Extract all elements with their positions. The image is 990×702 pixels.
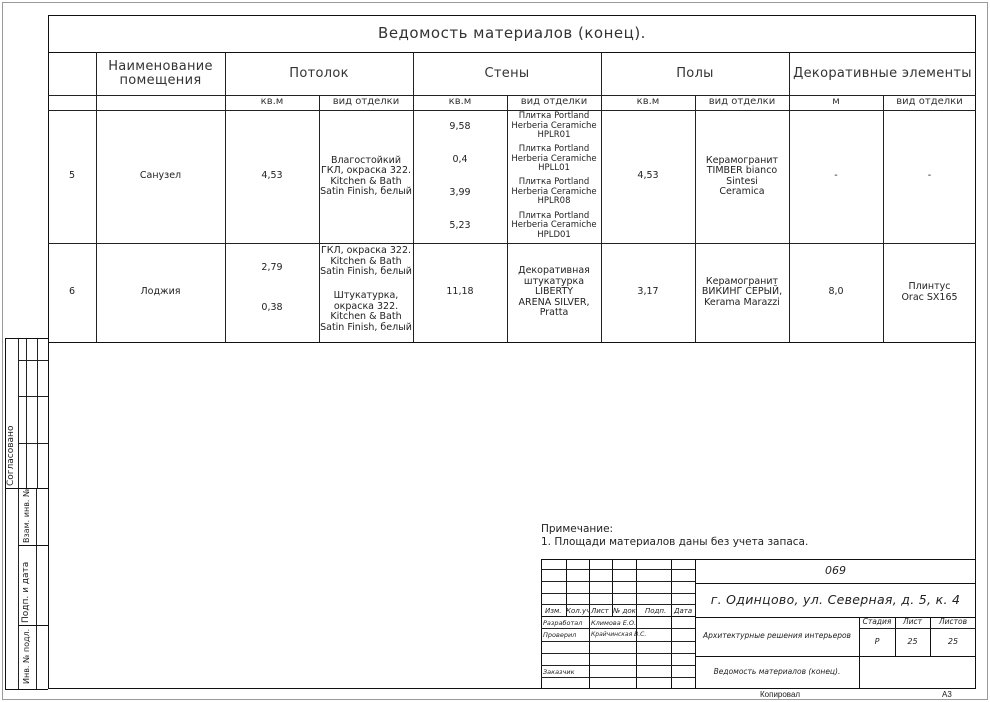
subheader-floors-finish: вид отделки	[695, 95, 789, 110]
walls-finish: Декоративная штукатурка LIBERTY ARENA SI…	[507, 243, 601, 342]
floors-finish: Керамогранит TIMBER bianco Sintesi Ceram…	[695, 110, 789, 243]
floors-area: 3,17	[601, 243, 695, 342]
project-address: г. Одинцово, ул. Северная, д. 5, к. 4	[695, 583, 976, 617]
subheader-decor-finish: вид отделки	[883, 95, 976, 110]
decor-length: 8,0	[789, 243, 883, 342]
role-checked: Проверил	[543, 631, 576, 639]
header-room-name: Наименование помещения	[96, 52, 225, 95]
subheader-ceiling-unit: кв.м	[225, 95, 319, 110]
decor-finish: -	[883, 110, 976, 243]
col-sign: Подп.	[645, 607, 666, 615]
room-name: Лоджия	[96, 243, 225, 342]
header-ceiling: Потолок	[225, 52, 413, 95]
decor-finish: Плинтус Orac SX165	[883, 243, 976, 342]
subheader-walls-finish: вид отделки	[507, 95, 601, 110]
room-name: Санузел	[96, 110, 225, 243]
ceiling-finish: ГКЛ, окраска 322. Kitchen & Bath Satin F…	[319, 243, 413, 281]
subheader-floors-unit: кв.м	[601, 95, 695, 110]
sheet-value: 25	[895, 628, 930, 656]
walls-finish: Плитка Portland Herberia Ceramiche HPLL0…	[507, 143, 601, 176]
walls-area: 3,99	[413, 182, 507, 204]
ceiling-finish: Влагостойкий ГКЛ, окраска 322. Kitchen &…	[319, 110, 413, 243]
notes-heading: Примечание:	[541, 523, 613, 535]
header-decor: Декоративные элементы	[789, 52, 976, 95]
walls-area: 11,18	[413, 243, 507, 342]
header-floors: Полы	[601, 52, 789, 95]
row-number: 6	[48, 243, 96, 342]
walls-area: 5,23	[413, 215, 507, 237]
col-doc: № док	[613, 607, 636, 615]
stage-label: Стадия	[859, 617, 895, 628]
sheets-label: Листов	[930, 617, 976, 628]
sheet-label: Лист	[895, 617, 930, 628]
sheets-value: 25	[930, 628, 976, 656]
agreed-label: Согласовано	[6, 426, 16, 486]
copied-label: Копировал	[760, 690, 800, 699]
role-developed: Разработал	[543, 619, 582, 627]
col-kol: Кол.уч	[566, 607, 590, 615]
col-izm: Изм.	[545, 607, 561, 615]
ceiling-area: 4,53	[225, 110, 319, 243]
ceiling-finish: Штукатурка, окраска 322. Kitchen & Bath …	[319, 283, 413, 341]
project-code: 069	[695, 559, 976, 583]
walls-finish: Плитка Portland Herberia Ceramiche HPLR0…	[507, 176, 601, 209]
table-title: Ведомость материалов (конец).	[48, 15, 976, 52]
walls-area: 0,4	[413, 149, 507, 171]
inv-orig-label: Инв. № подл.	[22, 629, 31, 684]
row-number: 5	[48, 110, 96, 243]
format-label: А3	[942, 690, 952, 699]
ceiling-area: 0,38	[225, 298, 319, 318]
ceiling-area: 2,79	[225, 258, 319, 278]
inv-replace-label: Взам. инв. №	[22, 489, 32, 543]
sign-date-label: Подп. и дата	[21, 562, 31, 623]
walls-finish: Плитка Portland Herberia Ceramiche HPLD0…	[507, 209, 601, 243]
col-date: Дата	[674, 607, 692, 615]
subheader-ceiling-finish: вид отделки	[319, 95, 413, 110]
stage-value: Р	[859, 628, 895, 656]
name-checked: Крайчинская В.С.	[591, 631, 646, 638]
name-developed: Климова Е.О.	[591, 619, 636, 627]
project-name: Архитектурные решения интерьеров	[695, 617, 859, 656]
subheader-walls-unit: кв.м	[413, 95, 507, 110]
subheader-decor-unit: м	[789, 95, 883, 110]
walls-finish: Плитка Portland Herberia Ceramiche HPLR0…	[507, 110, 601, 143]
sheet-title: Ведомость материалов (конец).	[695, 656, 859, 689]
decor-length: -	[789, 110, 883, 243]
col-list: Лист	[591, 607, 609, 615]
note-item: 1. Площади материалов даны без учета зап…	[541, 536, 808, 548]
floors-area: 4,53	[601, 110, 695, 243]
walls-area: 9,58	[413, 116, 507, 138]
role-customer: Заказчик	[543, 668, 575, 676]
header-walls: Стены	[413, 52, 601, 95]
floors-finish: Керамогранит ВИКИНГ СЕРЫЙ, Kerama Marazz…	[695, 243, 789, 342]
